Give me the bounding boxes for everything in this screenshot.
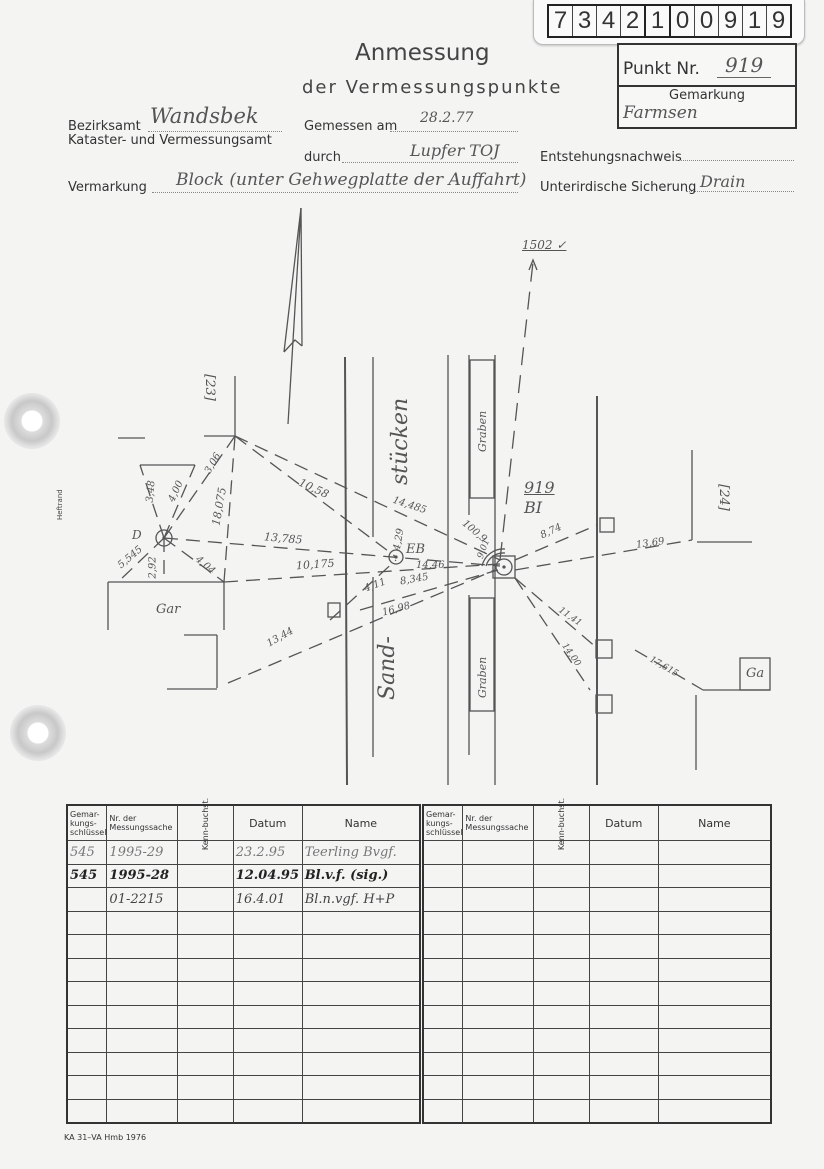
cell-nr xyxy=(107,1052,178,1076)
cell-gemarkung: 545 xyxy=(67,841,107,865)
table-row xyxy=(423,935,771,959)
cell-nr xyxy=(107,1029,178,1053)
point-919-label: 919 xyxy=(524,478,555,497)
cell-datum xyxy=(589,888,658,912)
cell-kenn xyxy=(534,958,589,982)
cell-gemarkung xyxy=(67,982,107,1006)
cell-kenn xyxy=(534,1029,589,1053)
cell-name xyxy=(302,1052,420,1076)
cell-datum xyxy=(233,1005,302,1029)
cell-name xyxy=(658,958,771,982)
cell-name xyxy=(658,888,771,912)
cell-name: Bl.v.f. (sig.) xyxy=(302,864,420,888)
cell-datum xyxy=(589,1099,658,1123)
cell-datum xyxy=(233,1052,302,1076)
cell-gemarkung: 545 xyxy=(67,864,107,888)
cell-gemarkung xyxy=(423,911,463,935)
col-gemarkung: Gemar-kungs-schlüssel xyxy=(423,805,463,841)
cell-gemarkung xyxy=(423,982,463,1006)
cell-nr: 1995-28 xyxy=(107,864,178,888)
cell-name xyxy=(658,1005,771,1029)
garage-label-2: Ga xyxy=(746,666,764,681)
table-row xyxy=(67,1005,420,1029)
cell-gemarkung xyxy=(67,1005,107,1029)
cell-nr: 01-2215 xyxy=(107,888,178,912)
measurement: 10,175 xyxy=(296,557,335,573)
cell-datum xyxy=(233,982,302,1006)
cell-nr xyxy=(463,1029,534,1053)
cell-kenn xyxy=(178,864,233,888)
cell-nr xyxy=(107,1076,178,1100)
cell-datum xyxy=(589,841,658,865)
ref-1502-label: 1502 ✓ xyxy=(522,238,566,252)
cell-kenn xyxy=(534,935,589,959)
north-arrow-icon xyxy=(284,208,302,424)
cell-kenn xyxy=(534,911,589,935)
measurement: 14,46 xyxy=(416,560,445,571)
cell-datum xyxy=(233,1076,302,1100)
cell-gemarkung xyxy=(423,958,463,982)
cell-datum xyxy=(233,1029,302,1053)
cell-datum xyxy=(233,1099,302,1123)
cell-nr: 1995-29 xyxy=(107,841,178,865)
cell-name xyxy=(302,982,420,1006)
table-row xyxy=(67,935,420,959)
cell-datum xyxy=(589,958,658,982)
measurement: 2,92 xyxy=(148,556,159,578)
cell-name xyxy=(302,1029,420,1053)
cell-datum xyxy=(589,1005,658,1029)
cell-kenn xyxy=(534,982,589,1006)
cell-nr xyxy=(463,888,534,912)
cell-nr xyxy=(463,1076,534,1100)
cell-gemarkung xyxy=(67,888,107,912)
cell-datum: 12.04.95 xyxy=(233,864,302,888)
cell-gemarkung xyxy=(423,888,463,912)
cell-name xyxy=(658,1099,771,1123)
table-row xyxy=(423,982,771,1006)
cell-kenn xyxy=(178,1029,233,1053)
table-row xyxy=(67,1099,420,1123)
cell-nr xyxy=(107,1099,178,1123)
cell-nr xyxy=(107,982,178,1006)
garage-label-1: Gar xyxy=(156,602,180,617)
cell-kenn xyxy=(178,1052,233,1076)
cell-gemarkung xyxy=(67,1099,107,1123)
cell-name xyxy=(658,1052,771,1076)
cell-nr xyxy=(463,935,534,959)
cell-name xyxy=(658,1076,771,1100)
cell-gemarkung xyxy=(67,958,107,982)
cell-kenn xyxy=(534,1076,589,1100)
cell-datum xyxy=(589,1052,658,1076)
cell-kenn xyxy=(178,1099,233,1123)
table-row xyxy=(67,1052,420,1076)
table-row xyxy=(67,911,420,935)
measurement: 3,48 xyxy=(145,480,158,503)
cell-nr xyxy=(463,1052,534,1076)
point-d-label: D xyxy=(132,528,142,542)
cell-gemarkung xyxy=(423,935,463,959)
cell-name xyxy=(302,958,420,982)
table-row: 5451995-2923.2.95Teerling Bvgf. xyxy=(67,841,420,865)
cell-kenn xyxy=(534,1005,589,1029)
cell-kenn xyxy=(178,982,233,1006)
point-919-sub-label: BI xyxy=(524,498,542,517)
cell-kenn xyxy=(178,935,233,959)
cell-gemarkung xyxy=(423,1099,463,1123)
cell-datum xyxy=(233,935,302,959)
table-row: 01-221516.4.01Bl.n.vgf. H+P xyxy=(67,888,420,912)
cell-gemarkung xyxy=(67,911,107,935)
table-row: 5451995-2812.04.95Bl.v.f. (sig.) xyxy=(67,864,420,888)
cell-nr xyxy=(463,841,534,865)
cell-gemarkung xyxy=(67,935,107,959)
survey-form-page: 7342100919 Anmessung der Vermessungspunk… xyxy=(0,0,824,1169)
cell-datum xyxy=(589,935,658,959)
cell-gemarkung xyxy=(67,1076,107,1100)
measurement-table-right: Gemar-kungs-schlüssel Nr. der Messungssa… xyxy=(422,804,772,1124)
col-datum: Datum xyxy=(589,805,658,841)
street-label-1: Sand- xyxy=(375,636,400,700)
cell-gemarkung xyxy=(423,1052,463,1076)
table-row xyxy=(423,1099,771,1123)
cell-nr xyxy=(463,911,534,935)
cell-kenn xyxy=(178,911,233,935)
cell-kenn xyxy=(534,1052,589,1076)
cell-kenn xyxy=(534,864,589,888)
cell-name: Teerling Bvgf. xyxy=(302,841,420,865)
cell-name xyxy=(658,1029,771,1053)
measurement-table-left: Gemar-kungs-schlüssel Nr. der Messungssa… xyxy=(66,804,421,1124)
col-nr: Nr. der Messungssache xyxy=(463,805,534,841)
col-kenn: Kenn-buchst. xyxy=(178,805,233,841)
table-row xyxy=(423,911,771,935)
cell-name xyxy=(658,911,771,935)
ref-24-label: [24] xyxy=(716,484,731,511)
cell-gemarkung xyxy=(423,841,463,865)
cell-kenn xyxy=(178,1005,233,1029)
col-name: Name xyxy=(302,805,420,841)
ref-23-label: [23] xyxy=(202,374,217,401)
point-eb-label: EB xyxy=(406,542,425,557)
form-footer: KA 31–VA Hmb 1976 xyxy=(64,1133,146,1142)
table-row xyxy=(423,1029,771,1053)
street-label-2: stücken xyxy=(388,398,413,485)
cell-datum xyxy=(589,1076,658,1100)
cell-nr xyxy=(463,1005,534,1029)
cell-gemarkung xyxy=(423,1005,463,1029)
table-row xyxy=(423,1052,771,1076)
table-row xyxy=(423,1076,771,1100)
cell-nr xyxy=(463,958,534,982)
cell-nr xyxy=(463,982,534,1006)
cell-datum xyxy=(233,958,302,982)
cell-name: Bl.n.vgf. H+P xyxy=(302,888,420,912)
cell-name xyxy=(302,1099,420,1123)
graben-label-1: Graben xyxy=(476,411,489,452)
table-row xyxy=(67,982,420,1006)
cell-datum xyxy=(233,911,302,935)
cell-nr xyxy=(107,958,178,982)
cell-nr xyxy=(107,911,178,935)
cell-datum: 16.4.01 xyxy=(233,888,302,912)
table-row xyxy=(423,1005,771,1029)
cell-name xyxy=(302,1005,420,1029)
table-row xyxy=(423,958,771,982)
table-row xyxy=(67,1029,420,1053)
cell-datum xyxy=(589,982,658,1006)
cell-datum xyxy=(589,1029,658,1053)
cell-name xyxy=(658,935,771,959)
cell-name xyxy=(302,1076,420,1100)
col-gemarkung: Gemar-kungs-schlüssel xyxy=(67,805,107,841)
cell-name xyxy=(658,841,771,865)
cell-nr xyxy=(107,1005,178,1029)
cell-kenn xyxy=(178,958,233,982)
cell-nr xyxy=(107,935,178,959)
cell-nr xyxy=(463,1099,534,1123)
cell-kenn xyxy=(534,888,589,912)
cell-nr xyxy=(463,864,534,888)
col-datum: Datum xyxy=(233,805,302,841)
cell-gemarkung xyxy=(423,1029,463,1053)
cell-gemarkung xyxy=(67,1029,107,1053)
cell-kenn xyxy=(178,888,233,912)
cell-gemarkung xyxy=(423,1076,463,1100)
cell-name xyxy=(302,911,420,935)
cell-name xyxy=(658,982,771,1006)
cell-kenn xyxy=(178,1076,233,1100)
cell-name xyxy=(302,935,420,959)
col-nr: Nr. der Messungssache xyxy=(107,805,178,841)
cell-name xyxy=(658,864,771,888)
cell-gemarkung xyxy=(67,1052,107,1076)
col-kenn: Kenn-buchst. xyxy=(534,805,589,841)
cell-kenn xyxy=(534,1099,589,1123)
table-row xyxy=(67,958,420,982)
table-row xyxy=(423,888,771,912)
cell-datum: 23.2.95 xyxy=(233,841,302,865)
cell-gemarkung xyxy=(423,864,463,888)
graben-label-2: Graben xyxy=(476,657,489,698)
cell-datum xyxy=(589,864,658,888)
cell-datum xyxy=(589,911,658,935)
col-name: Name xyxy=(658,805,771,841)
table-row xyxy=(423,864,771,888)
table-row xyxy=(423,841,771,865)
table-row xyxy=(67,1076,420,1100)
